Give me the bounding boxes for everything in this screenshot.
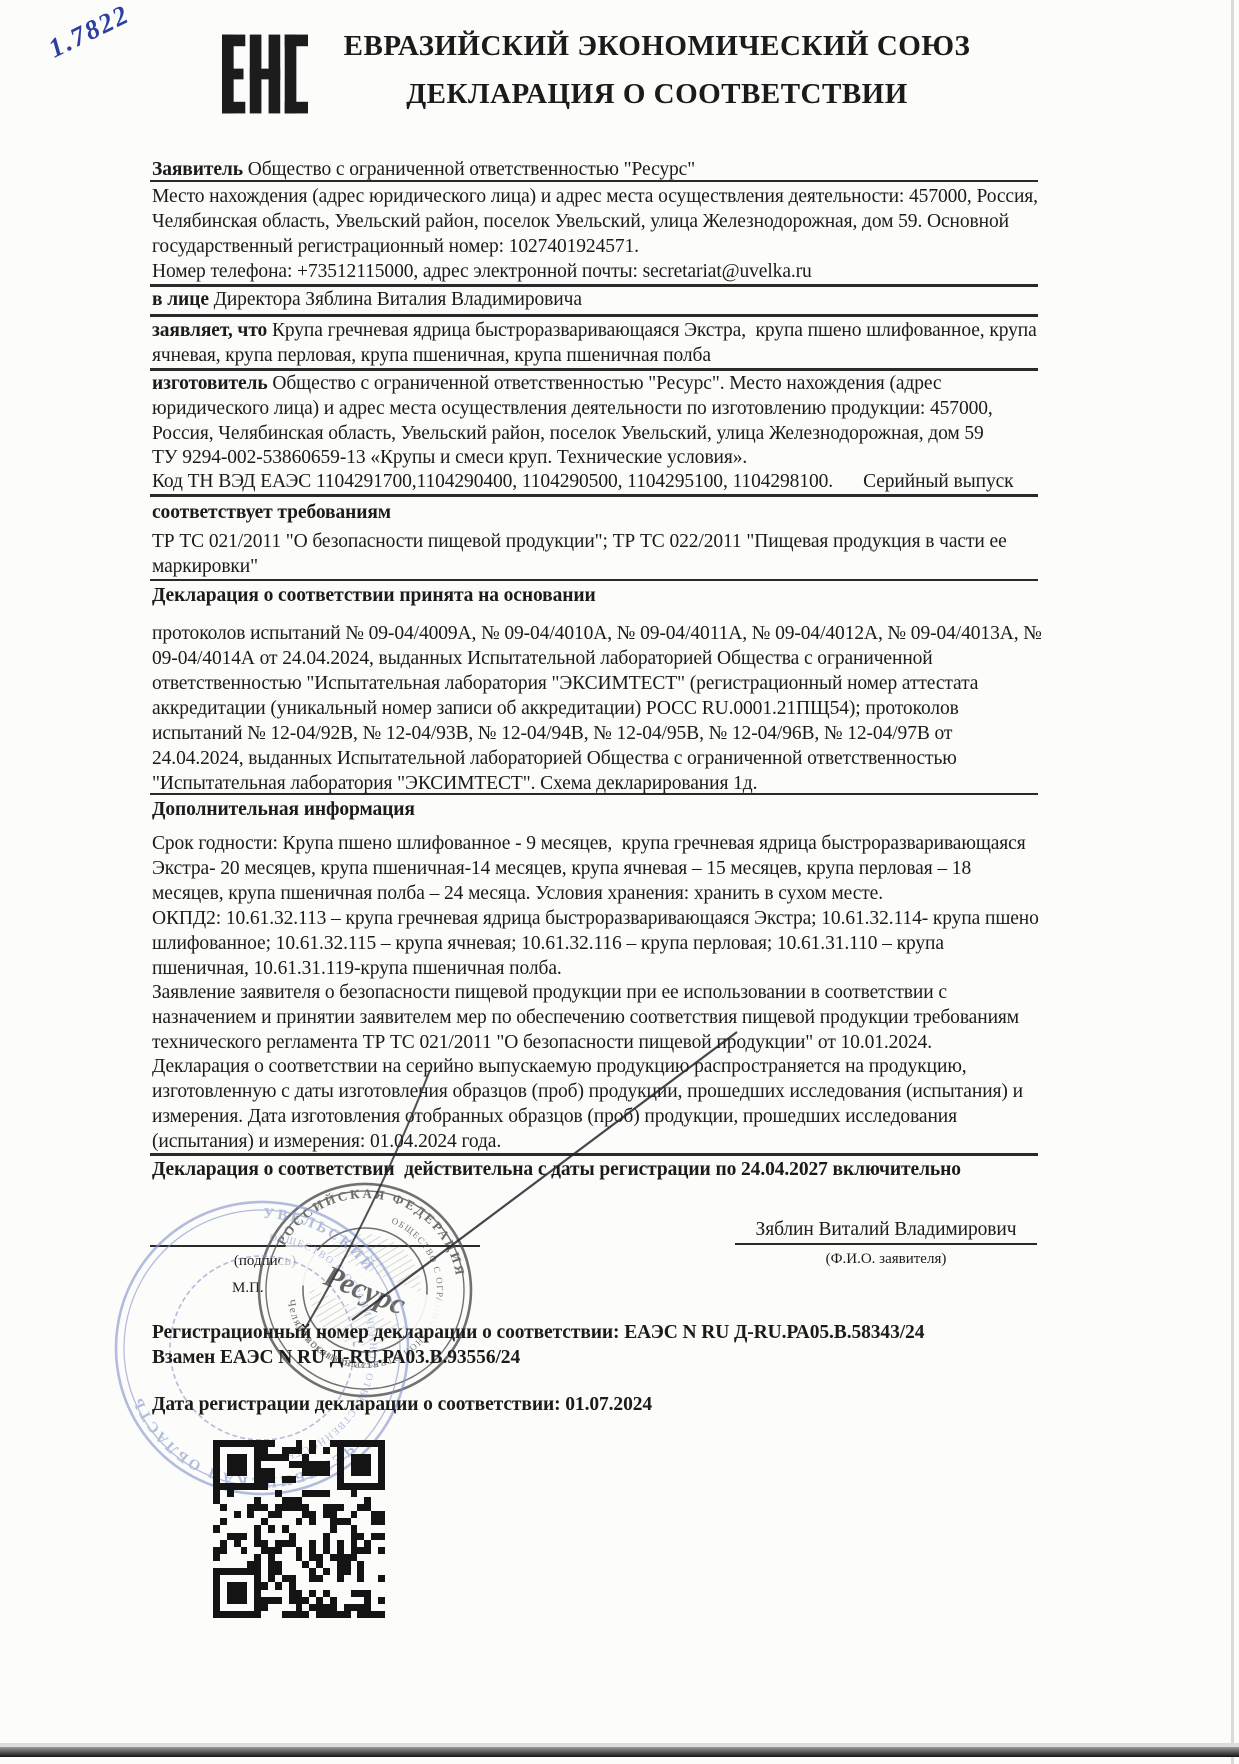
- qr-module: [213, 1440, 220, 1447]
- manufacturer-row: изготовитель Общество с ограниченной отв…: [152, 371, 1042, 446]
- qr-module: [289, 1582, 296, 1589]
- qr-module: [337, 1447, 344, 1454]
- qr-module: [261, 1468, 268, 1475]
- qr-module: [275, 1540, 282, 1547]
- tnved-codes: Код ТН ВЭД ЕАЭС 1104291700,1104290400, 1…: [152, 471, 833, 492]
- address-row: Место нахождения (адрес юридического лиц…: [152, 184, 1042, 259]
- qr-module: [254, 1504, 261, 1511]
- qr-module: [289, 1476, 296, 1483]
- qr-module: [357, 1461, 364, 1468]
- qr-module: [364, 1611, 371, 1618]
- qr-module: [378, 1575, 385, 1582]
- qr-module: [227, 1597, 234, 1604]
- person-row: в лице Директора Зяблина Виталия Владими…: [152, 287, 1042, 312]
- qr-module: [330, 1597, 337, 1604]
- qr-module: [227, 1468, 234, 1475]
- applicant-value: Общество с ограниченной ответственностью…: [243, 159, 695, 180]
- qr-module: [254, 1597, 261, 1604]
- qr-module: [282, 1525, 289, 1532]
- qr-module: [247, 1504, 254, 1511]
- qr-module: [316, 1597, 323, 1604]
- qr-module: [330, 1525, 337, 1532]
- qr-module: [289, 1597, 296, 1604]
- qr-module: [337, 1504, 344, 1511]
- qr-module: [364, 1540, 371, 1547]
- declares-label: заявляет, что: [152, 320, 267, 341]
- tnved-row: Код ТН ВЭД ЕАЭС 1104291700,1104290400, 1…: [152, 469, 1042, 494]
- qr-module: [261, 1582, 268, 1589]
- qr-module: [227, 1483, 234, 1490]
- qr-module: [241, 1440, 248, 1447]
- qr-module: [268, 1568, 275, 1575]
- qr-module: [296, 1447, 303, 1454]
- qr-module: [344, 1440, 351, 1447]
- divider: [150, 314, 1038, 317]
- qr-module: [234, 1454, 241, 1461]
- qr-module: [213, 1447, 220, 1454]
- qr-module: [275, 1597, 282, 1604]
- qr-module: [357, 1604, 364, 1611]
- declares-row: заявляет, что Крупа гречневая ядрица быс…: [152, 318, 1042, 368]
- qr-module: [378, 1440, 385, 1447]
- qr-module: [220, 1440, 227, 1447]
- qr-module: [282, 1611, 289, 1618]
- qr-module: [351, 1590, 358, 1597]
- qr-module: [261, 1454, 268, 1461]
- qr-module: [241, 1483, 248, 1490]
- qr-module: [234, 1540, 241, 1547]
- qr-module: [282, 1540, 289, 1547]
- qr-module: [261, 1518, 268, 1525]
- qr-module: [337, 1568, 344, 1575]
- qr-module: [282, 1497, 289, 1504]
- qr-module: [289, 1504, 296, 1511]
- qr-module: [213, 1597, 220, 1604]
- qr-module: [344, 1561, 351, 1568]
- qr-module: [371, 1611, 378, 1618]
- qr-module: [261, 1604, 268, 1611]
- qr-module: [378, 1611, 385, 1618]
- qr-module: [316, 1575, 323, 1582]
- name-line: [735, 1243, 1037, 1245]
- qr-module: [378, 1547, 385, 1554]
- qr-module: [296, 1590, 303, 1597]
- qr-module: [302, 1511, 309, 1518]
- qr-module: [227, 1590, 234, 1597]
- qr-module: [227, 1440, 234, 1447]
- eac-logo-icon: [222, 30, 308, 123]
- qr-module: [247, 1483, 254, 1490]
- name-caption: (Ф.И.О. заявителя): [735, 1251, 1037, 1268]
- qr-module: [337, 1575, 344, 1582]
- qr-module: [213, 1547, 220, 1554]
- qr-module: [296, 1611, 303, 1618]
- qr-module: [344, 1554, 351, 1561]
- qr-module: [213, 1454, 220, 1461]
- registration-date: Дата регистрации декларации о соответств…: [152, 1392, 1042, 1417]
- qr-module: [344, 1518, 351, 1525]
- qr-module: [234, 1483, 241, 1490]
- qr-module: [213, 1590, 220, 1597]
- qr-module: [296, 1518, 303, 1525]
- qr-module: [357, 1590, 364, 1597]
- qr-module: [371, 1483, 378, 1490]
- qr-module: [289, 1575, 296, 1582]
- qr-module: [330, 1554, 337, 1561]
- qr-module: [275, 1504, 282, 1511]
- qr-module: [378, 1518, 385, 1525]
- qr-module: [351, 1468, 358, 1475]
- qr-module: [220, 1518, 227, 1525]
- qr-module: [337, 1454, 344, 1461]
- qr-module: [330, 1604, 337, 1611]
- qr-module: [344, 1483, 351, 1490]
- qr-module: [371, 1518, 378, 1525]
- qr-module: [234, 1468, 241, 1475]
- qr-module: [268, 1597, 275, 1604]
- qr-module: [234, 1568, 241, 1575]
- qr-module: [227, 1582, 234, 1589]
- qr-module: [357, 1547, 364, 1554]
- qr-module: [323, 1511, 330, 1518]
- qr-module: [254, 1540, 261, 1547]
- qr-module: [289, 1540, 296, 1547]
- qr-module: [282, 1476, 289, 1483]
- qr-module: [213, 1554, 220, 1561]
- qr-module: [309, 1604, 316, 1611]
- declaration-document: 1.7822 ЕВРАЗИЙСКИЙ ЭКОНОМИЧЕСКИЙ СОЮЗ ДЕ…: [0, 0, 1239, 1764]
- qr-module: [254, 1611, 261, 1618]
- qr-module: [323, 1547, 330, 1554]
- qr-module: [220, 1540, 227, 1547]
- qr-module: [337, 1547, 344, 1554]
- qr-module: [220, 1568, 227, 1575]
- qr-module: [254, 1533, 261, 1540]
- qr-module: [330, 1440, 337, 1447]
- qr-module: [323, 1447, 330, 1454]
- qr-module: [309, 1511, 316, 1518]
- qr-module: [268, 1476, 275, 1483]
- qr-module: [268, 1547, 275, 1554]
- scan-edge-bottom: [0, 1747, 1239, 1757]
- qr-module: [378, 1468, 385, 1475]
- qr-module: [234, 1511, 241, 1518]
- qr-module: [241, 1454, 248, 1461]
- qr-module: [227, 1611, 234, 1618]
- qr-module: [378, 1533, 385, 1540]
- qr-module: [351, 1454, 358, 1461]
- qr-module: [289, 1447, 296, 1454]
- qr-module: [323, 1611, 330, 1618]
- handwritten-number: 1.7822: [44, 0, 135, 64]
- qr-module: [254, 1554, 261, 1561]
- qr-module: [302, 1461, 309, 1468]
- qr-module: [309, 1518, 316, 1525]
- qr-module: [316, 1604, 323, 1611]
- qr-module: [261, 1440, 268, 1447]
- qr-module: [364, 1590, 371, 1597]
- qr-module: [309, 1575, 316, 1582]
- qr-module: [254, 1476, 261, 1483]
- qr-module: [268, 1468, 275, 1475]
- qr-module: [378, 1447, 385, 1454]
- qr-module: [323, 1490, 330, 1497]
- qr-module: [275, 1547, 282, 1554]
- shelf-life-row: Срок годности: Крупа пшено шлифованное -…: [152, 831, 1042, 906]
- qr-module: [357, 1454, 364, 1461]
- qr-module: [337, 1461, 344, 1468]
- qr-module: [289, 1461, 296, 1468]
- qr-module: [316, 1554, 323, 1561]
- qr-module: [351, 1525, 358, 1532]
- qr-module: [213, 1483, 220, 1490]
- complies-heading: соответствует требованиям: [152, 500, 1042, 525]
- qr-module: [330, 1511, 337, 1518]
- phone-row: Номер телефона: +73512115000, адрес элек…: [152, 259, 1042, 284]
- qr-module: [275, 1511, 282, 1518]
- qr-module: [316, 1468, 323, 1475]
- document-title: ДЕКЛАРАЦИЯ О СООТВЕТСТВИИ: [312, 78, 1002, 111]
- qr-module: [364, 1468, 371, 1475]
- qr-module: [364, 1597, 371, 1604]
- qr-module: [351, 1490, 358, 1497]
- qr-module: [261, 1447, 268, 1454]
- qr-module: [309, 1468, 316, 1475]
- qr-module: [337, 1518, 344, 1525]
- qr-module: [351, 1533, 358, 1540]
- qr-module: [296, 1597, 303, 1604]
- qr-module: [323, 1461, 330, 1468]
- qr-module: [254, 1468, 261, 1475]
- manufacturer-label: изготовитель: [152, 373, 268, 394]
- scan-edge-right: [1231, 0, 1234, 1764]
- qr-module: [213, 1611, 220, 1618]
- manufacturer-value: Общество с ограниченной ответственностью…: [152, 373, 997, 444]
- qr-module: [296, 1554, 303, 1561]
- qr-module: [309, 1490, 316, 1497]
- qr-module: [337, 1561, 344, 1568]
- qr-module: [364, 1461, 371, 1468]
- qr-module: [241, 1590, 248, 1597]
- qr-module: [344, 1568, 351, 1575]
- qr-module: [234, 1590, 241, 1597]
- qr-module: [247, 1511, 254, 1518]
- qr-module: [344, 1604, 351, 1611]
- qr-module: [323, 1504, 330, 1511]
- qr-module: [296, 1461, 303, 1468]
- qr-module: [213, 1490, 220, 1497]
- person-label: в лице: [152, 289, 209, 310]
- qr-module: [227, 1454, 234, 1461]
- qr-module: [337, 1483, 344, 1490]
- qr-module: [213, 1582, 220, 1589]
- qr-module: [289, 1590, 296, 1597]
- qr-module: [351, 1540, 358, 1547]
- qr-module: [254, 1561, 261, 1568]
- qr-module: [282, 1504, 289, 1511]
- qr-module: [234, 1611, 241, 1618]
- qr-module: [302, 1468, 309, 1475]
- divider: [150, 579, 1038, 581]
- qr-module: [371, 1533, 378, 1540]
- qr-module: [247, 1440, 254, 1447]
- qr-module: [351, 1461, 358, 1468]
- qr-module: [261, 1540, 268, 1547]
- qr-module: [261, 1504, 268, 1511]
- qr-module: [357, 1468, 364, 1475]
- qr-module: [213, 1525, 220, 1532]
- qr-module: [241, 1533, 248, 1540]
- qr-module: [220, 1547, 227, 1554]
- qr-module: [234, 1533, 241, 1540]
- qr-module: [275, 1490, 282, 1497]
- qr-module: [241, 1582, 248, 1589]
- qr-module: [254, 1440, 261, 1447]
- qr-module: [364, 1440, 371, 1447]
- qr-module: [261, 1483, 268, 1490]
- qr-module: [289, 1611, 296, 1618]
- qr-module: [275, 1561, 282, 1568]
- qr-module: [213, 1604, 220, 1611]
- qr-module: [337, 1611, 344, 1618]
- qr-module: [213, 1497, 220, 1504]
- qr-module: [337, 1468, 344, 1475]
- qr-module: [275, 1568, 282, 1575]
- qr-module: [268, 1561, 275, 1568]
- applicant-name: Зяблин Виталий Владимирович: [735, 1217, 1037, 1242]
- qr-module: [323, 1468, 330, 1475]
- qr-module: [296, 1604, 303, 1611]
- registration-number: Регистрационный номер декларации о соотв…: [152, 1320, 1042, 1345]
- qr-module: [371, 1511, 378, 1518]
- qr-module: [357, 1611, 364, 1618]
- qr-module: [220, 1504, 227, 1511]
- serial-issue: Серийный выпуск: [863, 471, 1014, 492]
- qr-module: [309, 1440, 316, 1447]
- qr-module: [282, 1454, 289, 1461]
- qr-module: [234, 1440, 241, 1447]
- qr-module: [268, 1440, 275, 1447]
- qr-module: [296, 1504, 303, 1511]
- qr-module: [378, 1461, 385, 1468]
- person-value: Директора Зяблина Виталия Владимировича: [209, 289, 582, 310]
- qr-module: [357, 1483, 364, 1490]
- qr-module: [344, 1611, 351, 1618]
- qr-module: [309, 1461, 316, 1468]
- qr-module: [337, 1476, 344, 1483]
- applicant-row: Заявитель Общество с ограниченной ответс…: [152, 157, 1042, 182]
- qr-module: [227, 1490, 234, 1497]
- qr-module: [268, 1554, 275, 1561]
- serial-note-row: Декларация о соответствии на серийно вып…: [152, 1054, 1042, 1154]
- qr-module: [213, 1468, 220, 1475]
- qr-code: [213, 1440, 385, 1618]
- qr-module: [247, 1611, 254, 1618]
- additional-heading: Дополнительная информация: [152, 797, 1042, 822]
- qr-module: [309, 1554, 316, 1561]
- qr-module: [302, 1490, 309, 1497]
- qr-module: [268, 1511, 275, 1518]
- qr-module: [323, 1533, 330, 1540]
- qr-module: [357, 1533, 364, 1540]
- qr-module: [254, 1604, 261, 1611]
- qr-module: [213, 1575, 220, 1582]
- okpd-row: ОКПД2: 10.61.32.113 – крупа гречневая яд…: [152, 906, 1042, 981]
- qr-module: [378, 1511, 385, 1518]
- qr-module: [268, 1575, 275, 1582]
- qr-module: [302, 1611, 309, 1618]
- basis-heading: Декларация о соответствии принята на осн…: [152, 583, 1042, 608]
- qr-module: [289, 1497, 296, 1504]
- qr-module: [364, 1483, 371, 1490]
- qr-module: [296, 1497, 303, 1504]
- qr-module: [330, 1504, 337, 1511]
- qr-module: [227, 1461, 234, 1468]
- qr-module: [241, 1597, 248, 1604]
- qr-module: [323, 1604, 330, 1611]
- qr-module: [364, 1497, 371, 1504]
- qr-module: [378, 1476, 385, 1483]
- qr-module: [234, 1461, 241, 1468]
- qr-module: [213, 1461, 220, 1468]
- qr-module: [330, 1611, 337, 1618]
- qr-module: [254, 1497, 261, 1504]
- qr-module: [309, 1540, 316, 1547]
- qr-module: [337, 1554, 344, 1561]
- complies-row: ТР ТС 021/2011 "О безопасности пищевой п…: [152, 529, 1042, 579]
- qr-module: [261, 1476, 268, 1483]
- qr-module: [261, 1597, 268, 1604]
- divider: [150, 494, 1038, 497]
- qr-module: [351, 1547, 358, 1554]
- qr-module: [323, 1590, 330, 1597]
- qr-module: [316, 1611, 323, 1618]
- qr-module: [378, 1597, 385, 1604]
- qr-module: [337, 1440, 344, 1447]
- qr-module: [364, 1504, 371, 1511]
- qr-module: [254, 1590, 261, 1597]
- qr-module: [357, 1440, 364, 1447]
- qr-module: [296, 1440, 303, 1447]
- qr-module: [309, 1447, 316, 1454]
- qr-module: [261, 1547, 268, 1554]
- qr-module: [254, 1461, 261, 1468]
- qr-module: [378, 1483, 385, 1490]
- qr-module: [316, 1490, 323, 1497]
- qr-module: [282, 1575, 289, 1582]
- qr-module: [213, 1476, 220, 1483]
- qr-module: [302, 1597, 309, 1604]
- union-title: ЕВРАЗИЙСКИЙ ЭКОНОМИЧЕСКИЙ СОЮЗ: [312, 30, 1002, 63]
- qr-module: [282, 1447, 289, 1454]
- qr-module: [316, 1461, 323, 1468]
- qr-module: [378, 1454, 385, 1461]
- qr-module: [357, 1504, 364, 1511]
- qr-module: [220, 1483, 227, 1490]
- qr-module: [364, 1604, 371, 1611]
- qr-module: [323, 1568, 330, 1575]
- qr-module: [351, 1554, 358, 1561]
- qr-module: [351, 1483, 358, 1490]
- qr-module: [247, 1561, 254, 1568]
- qr-module: [351, 1511, 358, 1518]
- registration-replaces: Взамен ЕАЭС N RU Д-RU.РА03.В.93556/24: [152, 1345, 1042, 1370]
- qr-module: [309, 1568, 316, 1575]
- qr-module: [254, 1582, 261, 1589]
- qr-module: [302, 1561, 309, 1568]
- qr-module: [213, 1568, 220, 1575]
- qr-module: [247, 1568, 254, 1575]
